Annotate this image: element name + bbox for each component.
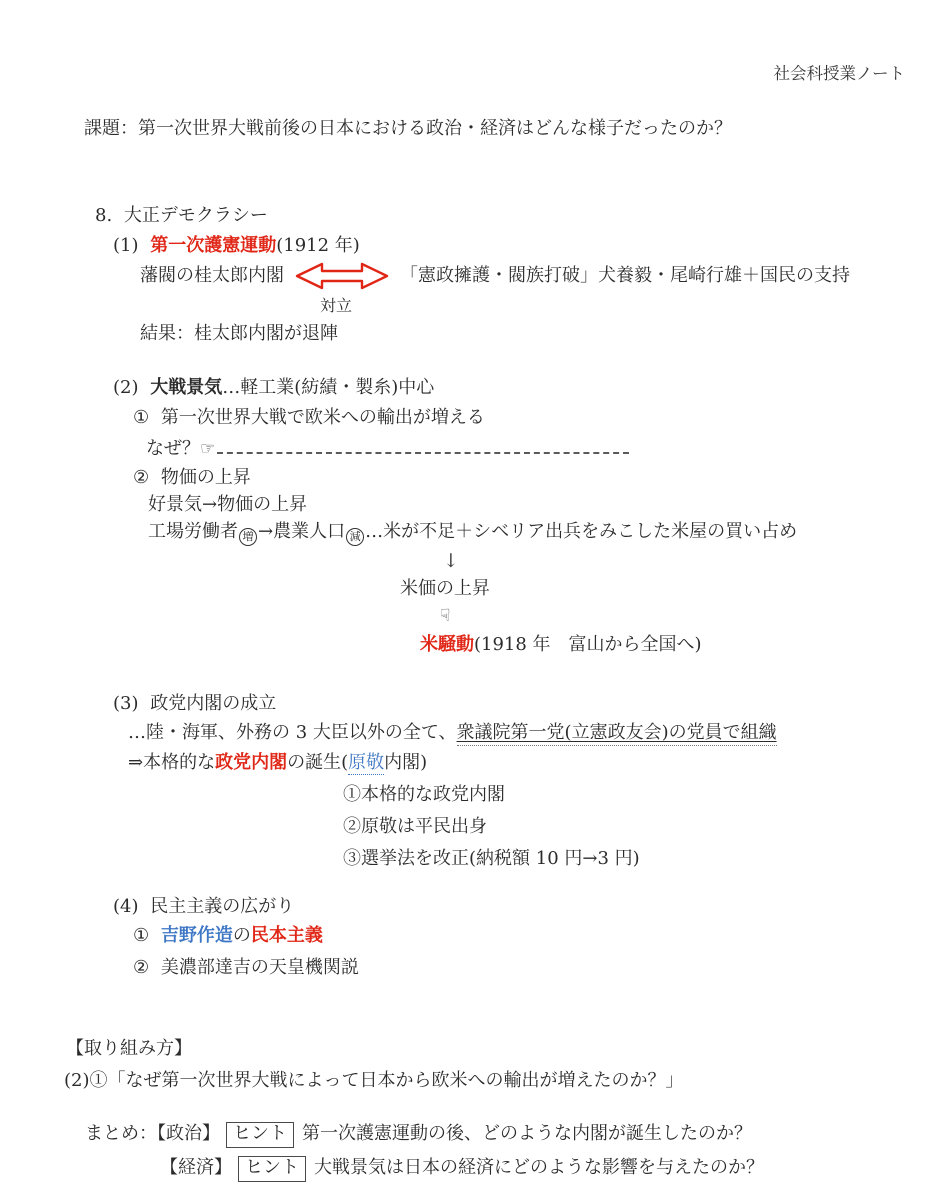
cabinet-note-3: ③選挙法を改正(納税額 10 円→3 円) <box>343 848 640 871</box>
labor-rice-line: 工場労働者増→農業人口減…米が不足＋シベリア出兵をみこした米屋の買い占め <box>148 521 797 546</box>
democracy-item-2-number: ② <box>133 957 149 978</box>
cabinet-note-1: ①本格的な政党内閣 <box>343 784 505 807</box>
party-cabinet-term: 政党内閣 <box>215 752 287 773</box>
hint-box-politics: ヒント <box>226 1122 294 1148</box>
item-2-number: ② <box>133 467 149 488</box>
rice-riot-detail: (1918 年 富山から全国へ) <box>474 634 702 655</box>
minpon-shugi-term: 民本主義 <box>251 925 323 946</box>
pointing-right-icon: ☞ <box>200 439 215 459</box>
section-8-title: 大正デモクラシー <box>124 205 268 226</box>
cabinet-composition-line: …陸・海軍、外務の 3 大臣以外の全て、衆議院第一党(立憲政友会)の党員で組織 <box>128 722 777 745</box>
opposition-label: 対立 <box>320 296 352 316</box>
party-cabinet-end: 内閣) <box>384 752 427 773</box>
cabinet-composition-lead: …陸・海軍、外務の 3 大臣以外の全て、 <box>128 722 457 743</box>
politics-label: 【政治】 <box>157 1123 220 1144</box>
opposition-right: 「憲政擁護・閥族打破」犬養毅・尾崎行雄＋国民の支持 <box>400 265 850 288</box>
lesson-question: 課題：第一次世界大戦前後の日本における政治・経済はどんな様子だったのか？ <box>84 118 732 141</box>
subsection-2-item-1: ① 第一次世界大戦で欧米への輸出が増える <box>133 407 485 430</box>
farm-population-text: →農業人口 <box>258 521 345 542</box>
subsection-2-title-rest: …軽工業(紡績・製糸)中心 <box>222 377 434 398</box>
rice-riot-line: 米騒動(1918 年 富山から全国へ) <box>420 634 702 657</box>
subsection-3-title: 政党内閣の成立 <box>150 693 276 714</box>
item-1-text: 第一次世界大戦で欧米への輸出が増える <box>161 407 485 428</box>
subsection-3-heading: (3) 政党内閣の成立 <box>113 693 276 716</box>
subsection-1-number: (1) <box>113 235 139 256</box>
note-page: { "colors": { "accent_red": "#e02616", "… <box>0 0 949 1200</box>
party-cabinet-lead: ⇒本格的な <box>128 752 215 773</box>
double-arrow-icon <box>294 260 390 292</box>
democracy-item-2: ② 美濃部達吉の天皇機関説 <box>133 957 359 980</box>
why-label: なぜ？ <box>146 438 200 459</box>
answer-blank-line <box>217 438 629 454</box>
subsection-2-item-2: ② 物価の上昇 <box>133 467 251 490</box>
subsection-2-title: 大戦景気 <box>150 377 222 398</box>
approach-heading: 【取り組み方】 <box>66 1038 192 1061</box>
hint-box-economy: ヒント <box>238 1156 306 1182</box>
opposition-row: 藩閥の桂太郎内閣 「憲政擁護・閥族打破」犬養毅・尾崎行雄＋国民の支持 <box>140 260 850 292</box>
democracy-item-1: ① 吉野作造の民本主義 <box>133 925 323 948</box>
pointing-down-icon: ☟ <box>440 606 450 627</box>
summary-label: まとめ： <box>85 1123 157 1144</box>
economy-question: 大戦景気は日本の経済にどのような影響を与えたのか？ <box>314 1157 764 1178</box>
section-8-heading: 8. 大正デモクラシー <box>95 205 268 228</box>
subsection-4-number: (4) <box>113 896 139 917</box>
factory-workers-text: 工場労働者 <box>148 521 238 542</box>
circled-increase-icon: 増 <box>239 528 257 546</box>
subsection-2-heading: (2) 大戦景気…軽工業(紡績・製糸)中心 <box>113 377 434 400</box>
subsection-1-year: (1912 年) <box>276 235 360 256</box>
summary-economy-line: 【経済】ヒント大戦景気は日本の経済にどのような影響を与えたのか？ <box>160 1156 764 1182</box>
down-arrow-icon: ↓ <box>443 550 459 574</box>
democracy-item-1-mid: の <box>233 925 251 946</box>
page-header-title: 社会科授業ノート <box>773 64 905 85</box>
subsection-2-number: (2) <box>113 377 139 398</box>
cabinet-note-2: ②原敬は平民出身 <box>343 816 487 839</box>
subsection-1-title: 第一次護憲運動 <box>150 235 276 256</box>
boom-price-line: 好景気→物価の上昇 <box>148 494 307 517</box>
party-cabinet-mid: の誕生( <box>287 752 348 773</box>
democracy-item-2-text: 美濃部達吉の天皇機関説 <box>161 957 359 978</box>
item-1-number: ① <box>133 407 149 428</box>
why-line: なぜ？☞ <box>146 438 629 461</box>
subsection-4-title: 民主主義の広がり <box>150 896 294 917</box>
summary-politics-line: まとめ：【政治】ヒント第一次護憲運動の後、どのような内閣が誕生したのか？ <box>85 1122 752 1148</box>
subsection-1-heading: (1) 第一次護憲運動(1912 年) <box>113 235 360 258</box>
politics-question: 第一次護憲運動の後、どのような内閣が誕生したのか？ <box>302 1123 752 1144</box>
subsection-1-result: 結果：桂太郎内閣が退陣 <box>140 323 338 346</box>
party-cabinet-line: ⇒本格的な政党内閣の誕生(原敬内閣) <box>128 752 427 775</box>
economy-label: 【経済】 <box>160 1157 232 1178</box>
cabinet-composition-underlined: 衆議院第一党(立憲政友会)の党員で組織 <box>457 722 777 746</box>
subsection-3-number: (3) <box>113 693 139 714</box>
rice-shortage-text: …米が不足＋シベリア出兵をみこした米屋の買い占め <box>365 521 797 542</box>
rice-price-rise: 米価の上昇 <box>400 578 490 601</box>
yoshino-sakuzo-name: 吉野作造 <box>161 925 233 946</box>
hara-takashi-name: 原敬 <box>348 752 384 775</box>
section-8-number: 8. <box>95 205 112 226</box>
subsection-4-heading: (4) 民主主義の広がり <box>113 896 294 919</box>
approach-question: (2)①「なぜ第一次世界大戦によって日本から欧米への輸出が増えたのか？」 <box>64 1070 684 1093</box>
democracy-item-1-number: ① <box>133 925 149 946</box>
circled-decrease-icon: 減 <box>346 528 364 546</box>
item-2-text: 物価の上昇 <box>161 467 251 488</box>
rice-riot-title: 米騒動 <box>420 634 474 655</box>
opposition-left: 藩閥の桂太郎内閣 <box>140 265 284 288</box>
